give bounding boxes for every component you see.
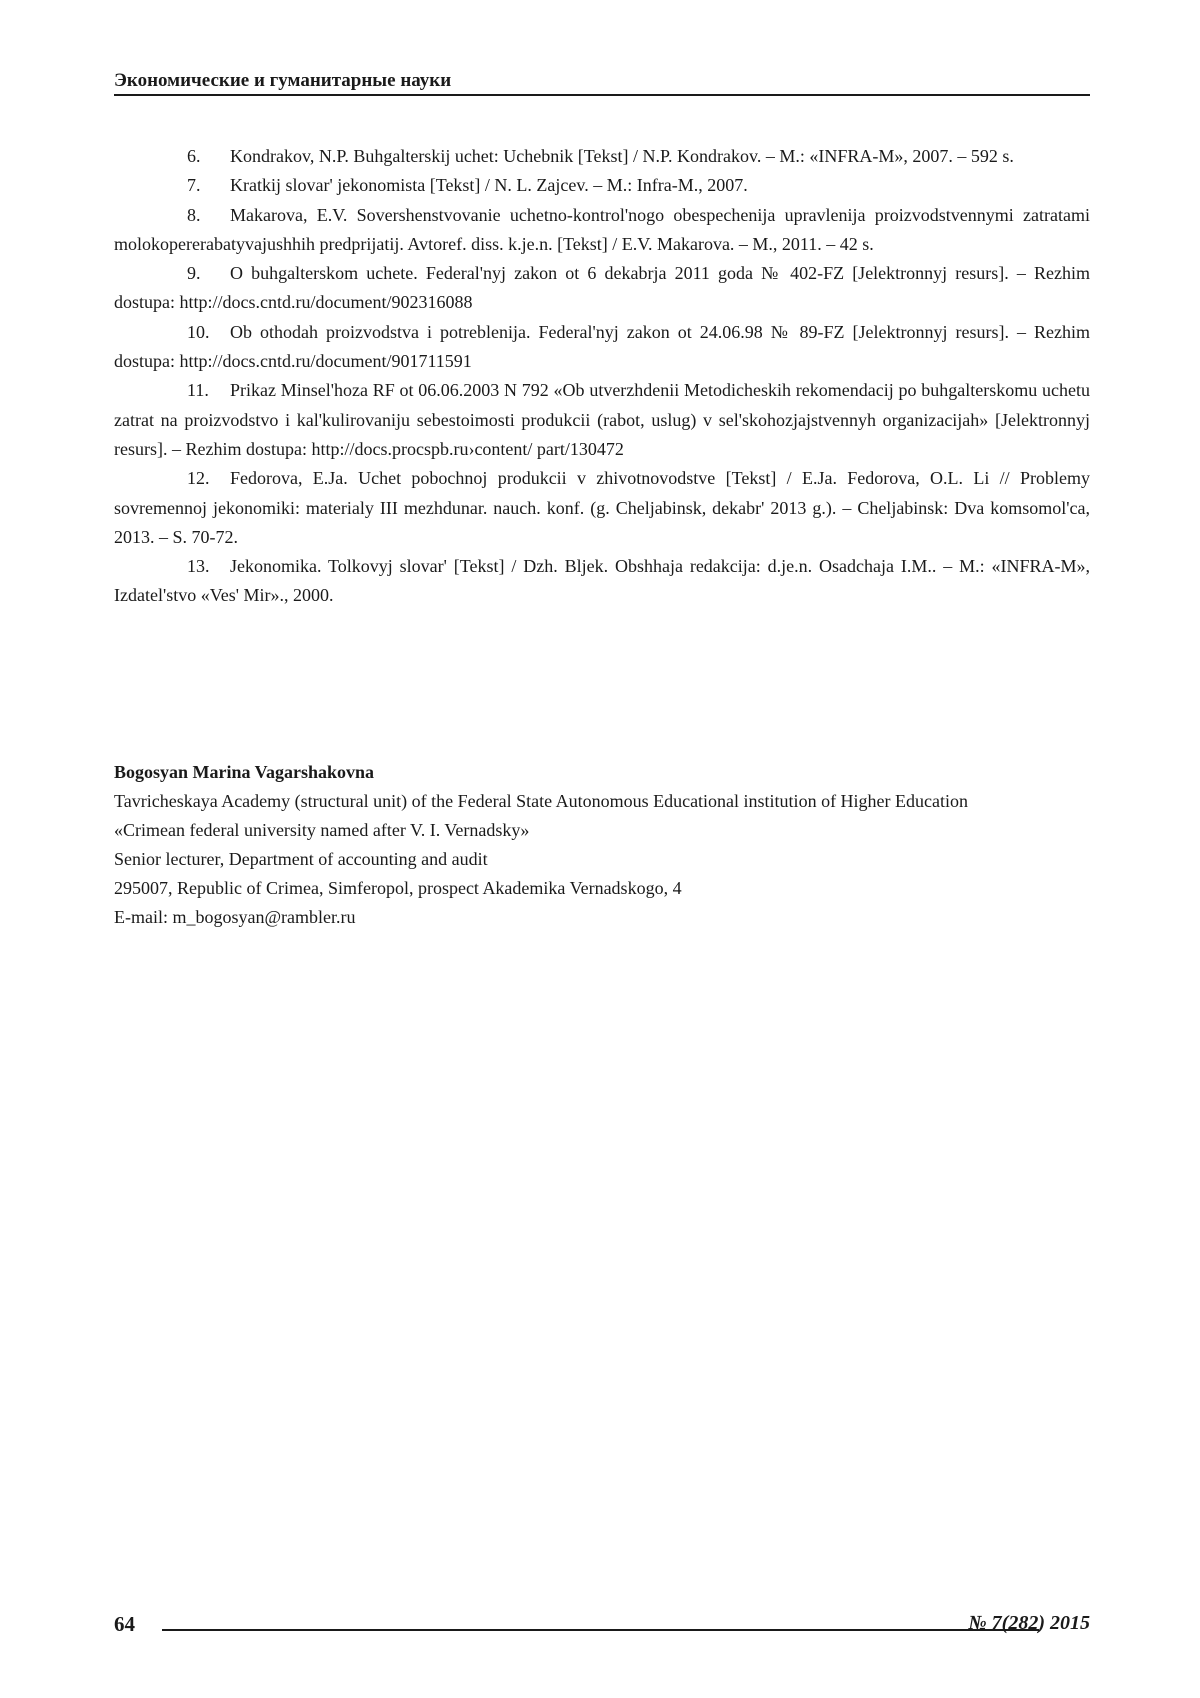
reference-item: 8.Makarova, E.V. Sovershenstvovanie uche…: [114, 201, 1090, 260]
reference-number: 12.: [187, 464, 230, 493]
reference-text: Prikaz Minsel'hoza RF ot 06.06.2003 N 79…: [114, 380, 1090, 459]
reference-text: O buhgalterskom uchete. Federal'nyj zako…: [114, 263, 1090, 312]
author-position: Senior lecturer, Department of accountin…: [114, 845, 1104, 874]
journal-section-title: Экономические и гуманитарные науки: [114, 70, 451, 91]
author-university: «Crimean federal university named after …: [114, 816, 1104, 845]
reference-text: Ob othodah proizvodstva i potreblenija. …: [114, 322, 1090, 371]
reference-number: 11.: [187, 376, 230, 405]
reference-item: 9.O buhgalterskom uchete. Federal'nyj za…: [114, 259, 1090, 318]
reference-item: 13.Jekonomika. Tolkovyj slovar' [Tekst] …: [114, 552, 1090, 611]
reference-text: Makarova, E.V. Sovershenstvovanie uchetn…: [114, 205, 1090, 254]
reference-text: Jekonomika. Tolkovyj slovar' [Tekst] / D…: [114, 556, 1090, 605]
reference-item: 12.Fedorova, E.Ja. Uchet pobochnoj produ…: [114, 464, 1090, 552]
reference-number: 7.: [187, 171, 230, 200]
reference-item: 6.Kondrakov, N.P. Buhgalterskij uchet: U…: [114, 142, 1090, 171]
page-number: 64: [114, 1612, 135, 1637]
running-header: Экономические и гуманитарные науки: [114, 70, 1090, 96]
reference-number: 9.: [187, 259, 230, 288]
reference-number: 8.: [187, 201, 230, 230]
author-info: Bogosyan Marina Vagarshakovna Tavrichesk…: [114, 758, 1104, 932]
author-name: Bogosyan Marina Vagarshakovna: [114, 758, 1104, 787]
author-email: E-mail: m_bogosyan@rambler.ru: [114, 903, 1104, 932]
reference-number: 6.: [187, 142, 230, 171]
reference-item: 11.Prikaz Minsel'hoza RF ot 06.06.2003 N…: [114, 376, 1090, 464]
reference-text: Kratkij slovar' jekonomista [Tekst] / N.…: [230, 175, 748, 195]
page-footer: 64 № 7(282) 2015: [114, 1612, 1090, 1642]
author-affiliation: Tavricheskaya Academy (structural unit) …: [114, 787, 1104, 816]
reference-text: Kondrakov, N.P. Buhgalterskij uchet: Uch…: [230, 146, 1014, 166]
reference-number: 10.: [187, 318, 230, 347]
reference-number: 13.: [187, 552, 230, 581]
footer-divider: [162, 1629, 1039, 1631]
reference-item: 7.Kratkij slovar' jekonomista [Tekst] / …: [114, 171, 1090, 200]
issue-number: № 7(282) 2015: [968, 1612, 1090, 1635]
reference-list: 6.Kondrakov, N.P. Buhgalterskij uchet: U…: [114, 142, 1090, 611]
reference-text: Fedorova, E.Ja. Uchet pobochnoj produkci…: [114, 468, 1090, 547]
author-address: 295007, Republic of Crimea, Simferopol, …: [114, 874, 1104, 903]
reference-item: 10.Ob othodah proizvodstva i potreblenij…: [114, 318, 1090, 377]
